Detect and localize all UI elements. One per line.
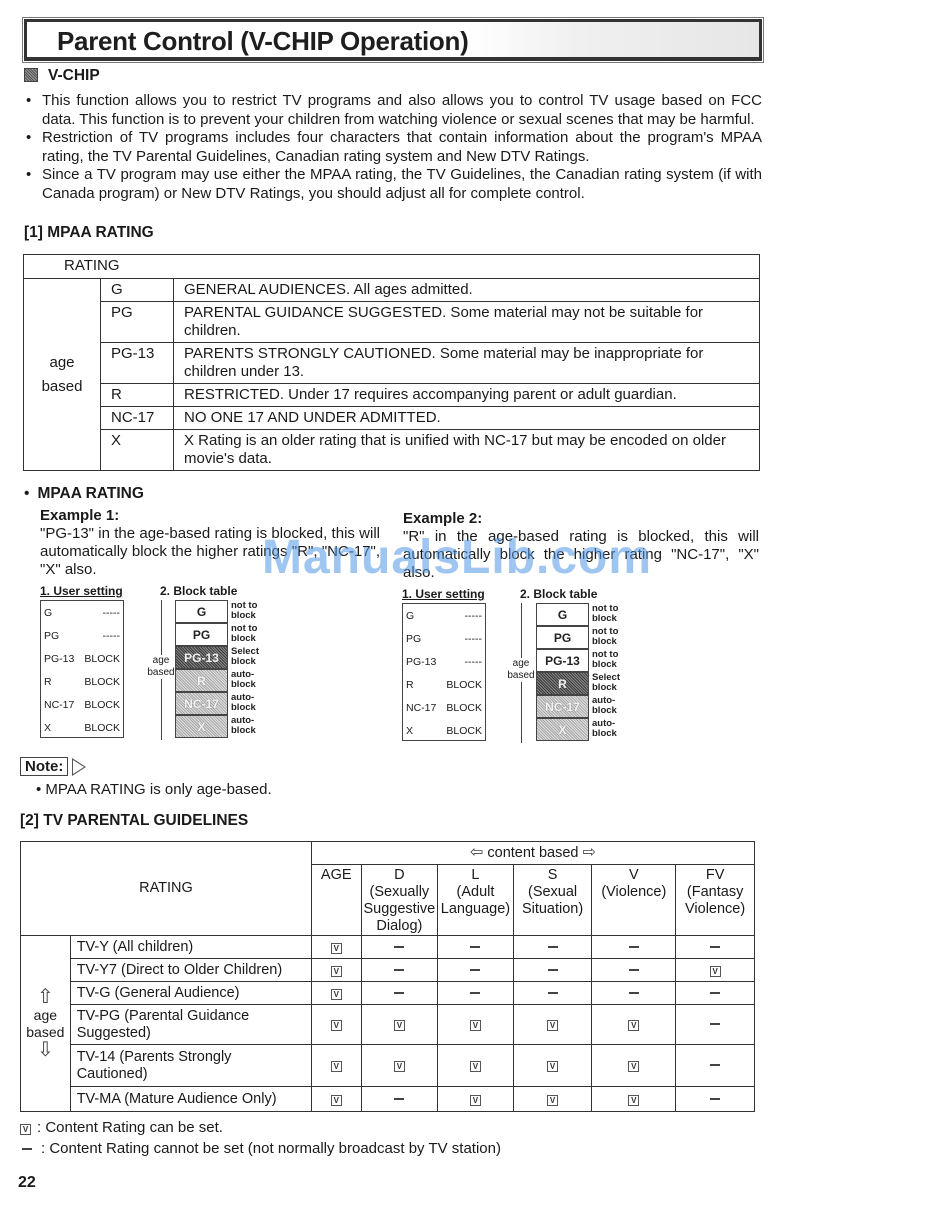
rating-desc: PARENTAL GUIDANCE SUGGESTED. Some materi… [174,302,760,343]
block-cell: X [175,715,228,738]
block-note: not toblock [592,604,618,624]
user-setting-box: G-----PG-----PG-13BLOCKRBLOCKNC-17BLOCKX… [40,600,124,738]
note-label: Note: [20,757,68,776]
cannot-set-cell [592,959,676,982]
cannot-set-cell [513,936,592,959]
rating-desc: RESTRICTED. Under 17 requires accompanyi… [174,384,760,407]
tvpg-rating-name: TV-MA (Mature Audience Only) [70,1087,311,1112]
cannot-set-cell [513,959,592,982]
age-based-axis-label: agebased [506,658,536,682]
tvpg-column-header: D(Sexually Suggestive Dialog) [361,865,438,936]
can-set-cell: V [592,1005,676,1045]
rating-code: PG-13 [101,343,174,384]
block-note: not toblock [592,627,618,647]
dash-icon [470,969,480,971]
cannot-set-cell [361,1087,438,1112]
check-box-icon: V [394,1061,405,1072]
section-marker-icon [24,68,38,82]
tvpg-rating-header: RATING [21,842,312,936]
block-cell: PG [175,623,228,646]
block-cell: R [175,669,228,692]
check-box-icon: V [547,1095,558,1106]
example-title: Example 1: [40,507,380,525]
user-setting-label: 1. User setting [402,587,485,601]
bullet-item: Restriction of TV programs includes four… [24,129,762,166]
cannot-set-cell [438,936,514,959]
can-set-cell: V [311,1045,361,1087]
rating-desc: PARENTS STRONGLY CAUTIONED. Some materia… [174,343,760,384]
tvpg-column-header: FV(Fantasy Violence) [676,865,755,936]
example-2: Example 2: "R" in the age-based rating i… [403,510,759,582]
check-box-icon: V [331,966,342,977]
tvpg-rating-name: TV-G (General Audience) [70,982,311,1005]
tvpg-row: TV-14 (Parents Strongly Cautioned)VVVVV [21,1045,755,1087]
check-box-icon: V [331,943,342,954]
tvpg-legend: V: Content Rating can be set. : Content … [20,1117,501,1159]
tvpg-column-header: V(Violence) [592,865,676,936]
cannot-set-cell [676,1087,755,1112]
block-note: auto-block [231,693,256,713]
block-table-label: 2. Block table [160,584,237,598]
can-set-cell: V [311,1087,361,1112]
rating-desc: NO ONE 17 AND UNDER ADMITTED. [174,407,760,430]
tvpg-rating-name: TV-Y (All children) [70,936,311,959]
can-set-cell: V [513,1005,592,1045]
check-box-icon: V [470,1020,481,1031]
content-based-header: ⇦ content based ⇨ [311,842,754,865]
tvpg-column-header: S(Sexual Situation) [513,865,592,936]
check-box-icon: V [470,1061,481,1072]
check-box-icon: V [547,1061,558,1072]
user-setting-row: G----- [41,601,123,624]
user-setting-row: PG-13----- [403,650,485,673]
example-1: Example 1: "PG-13" in the age-based rati… [40,507,380,579]
tvpg-row: ⇧agebased⇩TV-Y (All children)V [21,936,755,959]
cannot-set-cell [361,982,438,1005]
can-set-cell: V [311,959,361,982]
can-set-cell: V [513,1045,592,1087]
user-setting-row: XBLOCK [41,716,123,739]
user-setting-row: G----- [403,604,485,627]
tvpg-row: TV-MA (Mature Audience Only)VVVV [21,1087,755,1112]
dash-icon [394,946,404,948]
check-box-icon: V [628,1020,639,1031]
vchip-heading: V-CHIP [24,67,100,85]
check-box-icon: V [547,1020,558,1031]
note-arrow-icon [72,758,86,776]
can-set-cell: V [438,1087,514,1112]
check-box-icon: V [710,966,721,977]
block-cell: PG [536,626,589,649]
cannot-set-cell [676,936,755,959]
block-note: auto-block [231,670,256,690]
tvpg-table: RATING ⇦ content based ⇨ AGED(Sexually S… [20,841,755,1112]
note-text: • MPAA RATING is only age-based. [36,781,272,798]
page-title-bar: Parent Control (V-CHIP Operation) [24,19,762,61]
tvpg-row: TV-G (General Audience)V [21,982,755,1005]
can-set-cell: V [361,1045,438,1087]
page-title: Parent Control (V-CHIP Operation) [57,26,468,57]
user-setting-row: XBLOCK [403,719,485,742]
check-box-icon: V [628,1061,639,1072]
can-set-cell: V [676,959,755,982]
block-note: Selectblock [231,647,259,667]
rating-desc: GENERAL AUDIENCES. All ages admitted. [174,279,760,302]
block-note: Selectblock [592,673,620,693]
block-cell: G [536,603,589,626]
vchip-bullets: This function allows you to restrict TV … [24,92,762,203]
dash-icon [470,992,480,994]
tvpg-column-header: AGE [311,865,361,936]
dash-icon [394,1098,404,1100]
rating-code: X [101,430,174,471]
block-cell: X [536,718,589,741]
can-set-cell: V [438,1005,514,1045]
mpaa-table: RATING agebased G GENERAL AUDIENCES. All… [23,254,760,471]
can-set-cell: V [311,982,361,1005]
dash-icon [548,992,558,994]
cannot-set-cell [676,1005,755,1045]
tvpg-row: TV-Y7 (Direct to Older Children)VV [21,959,755,982]
age-based-label: agebased [24,279,101,471]
cannot-set-cell [438,959,514,982]
rating-code: R [101,384,174,407]
rating-code: G [101,279,174,302]
age-based-side-label: ⇧agebased⇩ [21,936,71,1112]
legend-item-cannot-set: : Content Rating cannot be set (not norm… [20,1138,501,1159]
rating-desc: X Rating is an older rating that is unif… [174,430,760,471]
bullet-item: This function allows you to restrict TV … [24,92,762,129]
mpaa-header: RATING [24,255,760,279]
dash-icon [629,946,639,948]
cannot-set-cell [676,1045,755,1087]
block-cell: PG-13 [536,649,589,672]
cannot-set-cell [592,982,676,1005]
dash-icon [629,969,639,971]
dash-icon [22,1148,32,1150]
user-setting-label: 1. User setting [40,584,123,598]
left-arrow-icon: ⇦ [470,844,483,861]
example-text: "R" in the age-based rating is blocked, … [403,528,759,582]
up-arrow-icon: ⇧ [37,986,54,1008]
block-note: not toblock [231,601,257,621]
user-setting-row: RBLOCK [41,670,123,693]
example-text: "PG-13" in the age-based rating is block… [40,525,380,579]
user-setting-row: PG----- [403,627,485,650]
tvpg-column-header: L(Adult Language) [438,865,514,936]
block-cell: NC-17 [536,695,589,718]
tvpg-rating-name: TV-14 (Parents Strongly Cautioned) [70,1045,311,1087]
check-box-icon: V [628,1095,639,1106]
dash-icon [548,969,558,971]
rating-code: PG [101,302,174,343]
check-box-icon: V [331,1061,342,1072]
block-cell: PG-13 [175,646,228,669]
check-box-icon: V [20,1124,31,1135]
can-set-cell: V [361,1005,438,1045]
example-title: Example 2: [403,510,759,528]
cannot-set-cell [513,982,592,1005]
dash-icon [710,946,720,948]
can-set-cell: V [592,1087,676,1112]
cannot-set-cell [592,936,676,959]
rating-code: NC-17 [101,407,174,430]
dash-icon [470,946,480,948]
check-box-icon: V [331,1020,342,1031]
block-note: auto-block [231,716,256,736]
dash-icon [629,992,639,994]
tvpg-heading: [2] TV PARENTAL GUIDELINES [20,812,248,830]
block-cell: NC-17 [175,692,228,715]
user-setting-row: NC-17BLOCK [41,693,123,716]
check-box-icon: V [470,1095,481,1106]
cannot-set-cell [361,936,438,959]
tvpg-row: TV-PG (Parental Guidance Suggested)VVVVV [21,1005,755,1045]
dash-icon [710,1098,720,1100]
block-table-label: 2. Block table [520,587,597,601]
user-setting-row: PG-13BLOCK [41,647,123,670]
dash-icon [710,992,720,994]
user-setting-row: NC-17BLOCK [403,696,485,719]
cannot-set-cell [361,959,438,982]
cannot-set-cell [438,982,514,1005]
page-number: 22 [18,1174,36,1192]
dash-icon [394,992,404,994]
block-note: auto-block [592,719,617,739]
down-arrow-icon: ⇩ [37,1039,54,1061]
check-box-icon: V [331,989,342,1000]
can-set-cell: V [438,1045,514,1087]
dash-icon [394,969,404,971]
block-cell: R [536,672,589,695]
tvpg-rating-name: TV-PG (Parental Guidance Suggested) [70,1005,311,1045]
mpaa-heading: [1] MPAA RATING [24,224,154,242]
legend-item-can-set: V: Content Rating can be set. [20,1117,501,1138]
cannot-set-cell [676,982,755,1005]
block-note: not toblock [231,624,257,644]
check-box-icon: V [394,1020,405,1031]
dash-icon [710,1064,720,1066]
block-note: auto-block [592,696,617,716]
dash-icon [710,1023,720,1025]
dash-icon [548,946,558,948]
check-box-icon: V [331,1095,342,1106]
block-note: not toblock [592,650,618,670]
tvpg-rating-name: TV-Y7 (Direct to Older Children) [70,959,311,982]
block-cell: G [175,600,228,623]
can-set-cell: V [311,936,361,959]
bullet-item: Since a TV program may use either the MP… [24,166,762,203]
age-based-axis-label: agebased [146,655,176,679]
user-setting-row: PG----- [41,624,123,647]
user-setting-row: RBLOCK [403,673,485,696]
can-set-cell: V [592,1045,676,1087]
can-set-cell: V [311,1005,361,1045]
examples-heading: •MPAA RATING [24,485,144,503]
user-setting-box: G-----PG-----PG-13-----RBLOCKNC-17BLOCKX… [402,603,486,741]
right-arrow-icon: ⇨ [583,844,596,861]
can-set-cell: V [513,1087,592,1112]
